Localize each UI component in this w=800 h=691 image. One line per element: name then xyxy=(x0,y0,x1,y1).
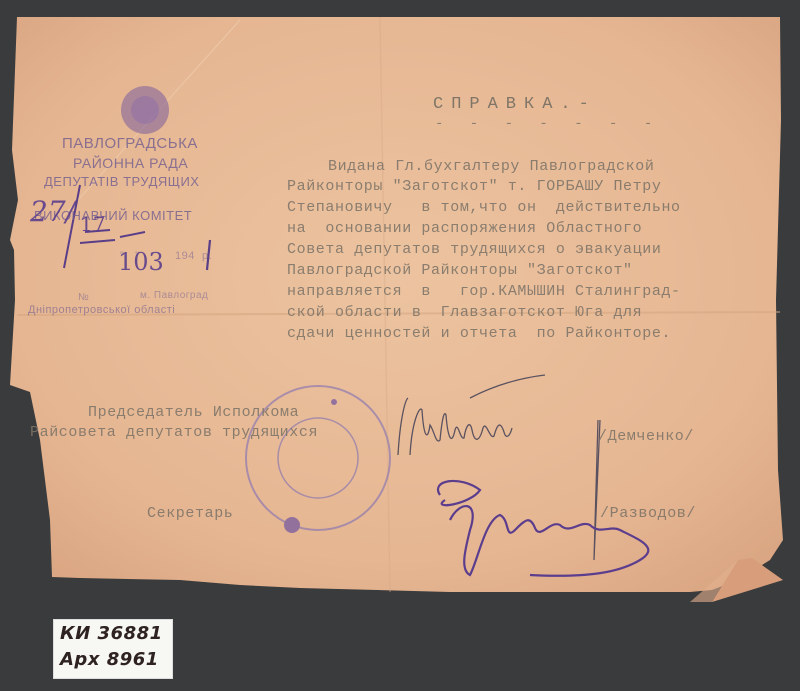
handwritten-ref: 103 xyxy=(118,248,164,276)
stamp-line-3: ДЕПУТАТІВ ТРУДЯЩИХ xyxy=(44,174,199,189)
chairman-name: /Демченко/ xyxy=(598,428,694,445)
secretary-label: Секретарь xyxy=(147,505,233,522)
handwritten-reg-number: 27/ xyxy=(30,195,75,228)
title-underline: - - - - - - - xyxy=(435,116,661,132)
body-line-1: Видана Гл.бухгалтеру Павлоградской xyxy=(328,158,654,175)
body-line-6: Павлоградской Райконторы "Заготскот" xyxy=(287,262,633,279)
body-line-3: Степановичу в том,что он действительно xyxy=(287,199,681,216)
stamp-line-number: № xyxy=(78,292,89,303)
chairman-title-line-2: Райсовета депутатов трудящихся xyxy=(30,424,318,441)
paper-sheet xyxy=(0,0,800,691)
body-line-7: направляется в гор.КАМЫШИН Сталинград- xyxy=(287,283,681,300)
stamp-line-1: ПАВЛОГРАДСЬКА xyxy=(62,135,198,152)
document-title: СПРАВКА.- xyxy=(433,95,597,114)
document-scan: ПАВЛОГРАДСЬКА РАЙОННА РАДА ДЕПУТАТІВ ТРУ… xyxy=(0,0,800,691)
stamp-line-2: РАЙОННА РАДА xyxy=(73,155,188,171)
body-line-2: Райконторы "Заготскот" т. ГОРБАШУ Петру xyxy=(287,178,661,195)
archive-label-line-1: КИ 36881 xyxy=(60,623,163,644)
body-line-8: ской области в Главзаготскот Юга для xyxy=(287,304,642,321)
chairman-title-line-1: Председатель Исполкома xyxy=(88,404,299,421)
handwritten-day: 17 xyxy=(80,212,105,236)
stamp-line-city: м. Павлоград xyxy=(140,290,208,301)
body-line-9: сдачи ценностей и отчета по Райконторе. xyxy=(287,325,671,342)
stamp-line-region: Дніпропетровської області xyxy=(28,304,175,316)
body-line-5: Совета депутатов трудящихся о эвакуации xyxy=(287,241,661,258)
archive-label: КИ 36881 Арх 8961 xyxy=(53,619,173,679)
body-line-4: на основании распоряжения Областного xyxy=(287,220,642,237)
secretary-name: /Разводов/ xyxy=(600,505,696,522)
archive-label-line-2: Арх 8961 xyxy=(60,649,159,670)
